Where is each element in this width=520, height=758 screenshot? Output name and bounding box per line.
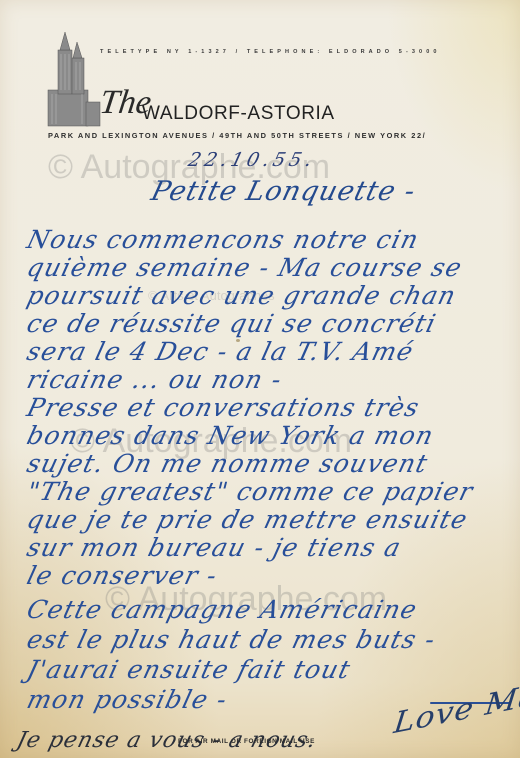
letter-paper: TELETYPE NY 1-1327 / TELEPHONE: ELDORADO… xyxy=(0,0,520,758)
letter-date: 22.10.55. xyxy=(186,149,318,171)
body-line: Nous commencons notre cin xyxy=(24,226,422,254)
signature-name: Maurice xyxy=(483,661,520,723)
paper-stain xyxy=(236,339,240,342)
hotel-name: WALDORF-ASTORIA xyxy=(142,104,335,124)
body-line: que je te prie de mettre ensuite xyxy=(24,506,471,534)
body-line: sujet. On me nomme souvent xyxy=(24,450,431,478)
body-line: sera le 4 Dec - a la T.V. Amé xyxy=(24,338,417,366)
body-line: sur mon bureau - je tiens a xyxy=(24,534,404,562)
body-line: "The greatest" comme ce papier xyxy=(24,478,476,506)
airmail-notice: FOR AIR MAIL OR FOREIGN MAIL USE xyxy=(178,738,315,745)
body-line: Presse et conversations très xyxy=(24,394,423,422)
body-line: est le plus haut de mes buts - xyxy=(24,626,439,654)
body-line: J'aurai ensuite fait tout xyxy=(24,656,354,684)
body-line: quième semaine - Ma course se xyxy=(24,254,465,282)
building-illustration-icon xyxy=(46,28,102,128)
body-line: ricaine ... ou non - xyxy=(24,366,285,394)
body-line: le conserver - xyxy=(24,562,221,590)
body-line: Cette campagne Américaine xyxy=(24,596,420,624)
body-line: poursuit avec une grande chan xyxy=(24,282,459,310)
body-line: bonnes dans New York a mon xyxy=(24,422,437,450)
signature: Love Maurice xyxy=(392,661,520,741)
teletype-line: TELETYPE NY 1-1327 / TELEPHONE: ELDORADO… xyxy=(100,49,441,55)
closing: Love xyxy=(392,691,476,741)
address-line: PARK AND LEXINGTON AVENUES / 49TH AND 50… xyxy=(48,131,426,140)
body-line: mon possible - xyxy=(24,686,230,714)
body-line: ce de réussite qui se concréti xyxy=(24,310,439,338)
letter-salutation: Petite Lonquette - xyxy=(148,176,419,207)
